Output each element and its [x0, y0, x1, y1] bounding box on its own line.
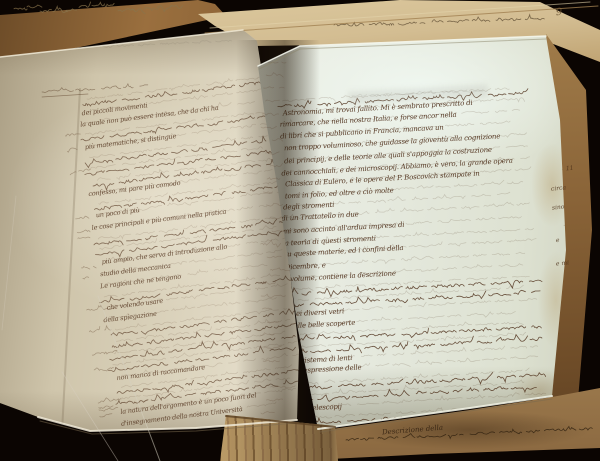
script-stroke: [79, 2, 91, 8]
script-stroke: [85, 325, 111, 333]
script-stroke: [66, 168, 90, 175]
script-stroke: [294, 332, 526, 349]
script-stroke: [97, 156, 274, 183]
script-stroke: [116, 317, 290, 344]
script-stroke: [87, 74, 269, 102]
photo-open-manuscript-book: dei piccoli movimentila quale non può es…: [0, 0, 600, 461]
script-stroke: [97, 414, 113, 418]
script-stroke: [92, 2, 105, 5]
script-stroke: [14, 8, 27, 10]
script-stroke: [95, 396, 120, 403]
script-stroke: [298, 379, 524, 397]
script-stroke: [97, 405, 113, 409]
margin-note: e: [556, 238, 560, 244]
margin-note: sino: [552, 204, 565, 211]
script-stroke: [89, 144, 263, 170]
script-stroke: [112, 339, 297, 366]
right-page-handwriting: Astronomia, mi trovai fallito. Mi è semb…: [272, 75, 600, 437]
script-stroke: [92, 366, 114, 373]
script-stroke: [298, 284, 524, 302]
script-stroke: [109, 330, 296, 364]
script-stroke: [293, 381, 536, 405]
header-page-numeral: 9: [556, 8, 563, 19]
script-stroke: [90, 350, 117, 356]
script-stroke: [293, 287, 540, 309]
script-stroke: [114, 330, 285, 355]
script-stroke: [289, 332, 542, 356]
script-stroke: [27, 5, 42, 8]
script-stroke: [105, 3, 114, 6]
margin-note: 11: [566, 166, 574, 173]
